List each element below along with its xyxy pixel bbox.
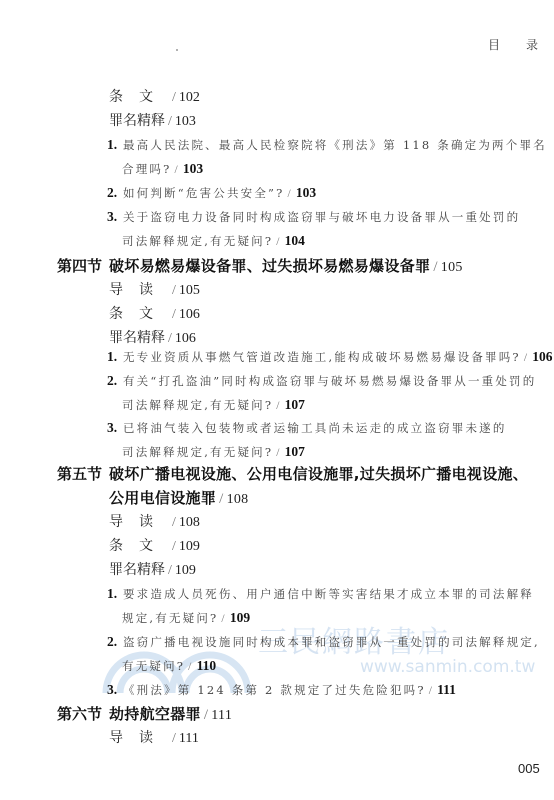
toc-question-continuation[interactable]: 司法解释规定,有无疑问?/107 [122, 395, 305, 415]
separator: / [426, 685, 437, 697]
separator: / [273, 400, 284, 412]
separator: / [165, 563, 175, 578]
item-number: 1. [107, 137, 117, 152]
page-ref: 111 [179, 731, 199, 746]
separator: / [201, 707, 211, 723]
toc-subentry[interactable]: 条文/102 [109, 87, 200, 107]
toc-question-continuation[interactable]: 有无疑问?/110 [122, 656, 216, 676]
running-head-char-2: 录 [526, 36, 538, 53]
item-text: 有关“打孔盗油”同时构成盗窃罪与破坏易燃易爆设备罪从一重处罚的 [123, 374, 536, 388]
page-ref: 109 [230, 610, 250, 625]
toc-question-continuation[interactable]: 合理吗?/103 [122, 159, 203, 179]
page-ref: 102 [179, 90, 200, 105]
separator: / [169, 731, 179, 746]
item-text: 合理吗? [122, 162, 171, 176]
toc-question-item[interactable]: 3. 《刑法》第 124 条第 2 款规定了过失危险犯吗?/111 [107, 680, 456, 700]
entry-label: 条文 [109, 89, 169, 105]
page-ref: 108 [227, 492, 249, 507]
toc-question-item[interactable]: 3. 关于盗窃电力设备同时构成盗窃罪与破坏电力设备罪从一重处罚的 [107, 207, 520, 227]
page-ref: 103 [296, 185, 316, 200]
section-title: 破坏易燃易爆设备罪、过失损坏易燃易爆设备罪 [109, 257, 430, 275]
page-ref: 106 [532, 349, 552, 364]
section-title: 破坏广播电视设施、公用电信设施罪,过失损坏广播电视设施、 [109, 465, 528, 483]
page-ref: 103 [175, 114, 196, 129]
page-ref: 106 [179, 307, 200, 322]
item-text: 要求造成人员死伤、用户通信中断等实害结果才成立本罪的司法解释 [123, 587, 534, 601]
entry-label: 导读 [109, 730, 169, 746]
item-number: 2. [107, 185, 117, 200]
page-ref: 104 [285, 233, 305, 248]
page-ref: 110 [197, 658, 217, 673]
toc-subentry[interactable]: 罪名精释/103 [109, 111, 196, 131]
item-text: 关于盗窃电力设备同时构成盗窃罪与破坏电力设备罪从一重处罚的 [123, 210, 520, 224]
item-number: 1. [107, 586, 117, 601]
page-ref: 111 [211, 708, 232, 723]
watermark-url: www.sanmin.com.tw [360, 657, 535, 677]
toc-section-entry[interactable]: 劫持航空器罪/111 [109, 704, 232, 724]
toc-question-item[interactable]: 1. 最高人民法院、最高人民检察院将《刑法》第 118 条确定为两个罪名 [107, 135, 547, 155]
item-number: 3. [107, 682, 117, 697]
separator: / [169, 539, 179, 554]
item-number: 3. [107, 420, 117, 435]
page-ref: 108 [179, 515, 200, 530]
item-text: 最高人民法院、最高人民检察院将《刑法》第 118 条确定为两个罪名 [123, 138, 547, 152]
toc-question-item[interactable]: 1. 要求造成人员死伤、用户通信中断等实害结果才成立本罪的司法解释 [107, 584, 534, 604]
toc-question-item[interactable]: 2. 如何判断“危害公共安全”?/103 [107, 183, 316, 203]
separator: / [165, 114, 175, 129]
separator: / [169, 90, 179, 105]
separator: / [218, 613, 229, 625]
toc-question-item[interactable]: 1. 无专业资质从事燃气管道改造施工,能构成破坏易燃易爆设备罪吗?/106 [107, 347, 552, 367]
item-text: 《刑法》第 124 条第 2 款规定了过失危险犯吗? [123, 683, 426, 697]
item-text: 盗窃广播电视设施同时构成本罪和盗窃罪从一重处罚的司法解释规定, [123, 635, 540, 649]
scan-speck [176, 49, 178, 51]
toc-question-item[interactable]: 2. 有关“打孔盗油”同时构成盗窃罪与破坏易燃易爆设备罪从一重处罚的 [107, 371, 536, 391]
entry-label: 导读 [109, 514, 169, 530]
entry-label: 罪名精释 [109, 562, 165, 578]
page-ref: 109 [179, 539, 200, 554]
separator: / [216, 491, 226, 507]
item-text: 规定,有无疑问? [122, 611, 218, 625]
separator: / [169, 307, 179, 322]
toc-subentry[interactable]: 导读/105 [109, 280, 200, 300]
page-ref: 107 [285, 397, 305, 412]
section-title: 劫持航空器罪 [109, 705, 201, 723]
toc-subentry[interactable]: 罪名精释/106 [109, 328, 196, 348]
toc-page: 目录 三民網路書店 www.sanmin.com.tw 条文/102罪名精释/1… [0, 0, 554, 800]
section-title: 公用电信设施罪 [109, 489, 216, 507]
page-ref: 106 [175, 331, 196, 346]
entry-label: 条文 [109, 538, 169, 554]
entry-label: 导读 [109, 282, 169, 298]
toc-subentry[interactable]: 导读/111 [109, 728, 199, 748]
page-ref: 109 [175, 563, 196, 578]
page-ref: 103 [183, 161, 203, 176]
separator: / [273, 447, 284, 459]
item-number: 3. [107, 209, 117, 224]
page-number: 005 [518, 761, 540, 776]
separator: / [169, 283, 179, 298]
item-text: 已将油气装入包装物或者运输工具尚未运走的成立盗窃罪未遂的 [123, 421, 507, 435]
separator: / [171, 164, 182, 176]
entry-label: 条文 [109, 306, 169, 322]
toc-question-item[interactable]: 2. 盗窃广播电视设施同时构成本罪和盗窃罪从一重处罚的司法解释规定, [107, 632, 540, 652]
item-number: 1. [107, 349, 117, 364]
separator: / [430, 259, 440, 275]
toc-subentry[interactable]: 导读/108 [109, 512, 200, 532]
page-ref: 107 [285, 444, 305, 459]
running-head: 目录 [488, 36, 538, 53]
item-text: 如何判断“危害公共安全”? [123, 186, 285, 200]
entry-label: 罪名精释 [109, 330, 165, 346]
entry-label: 罪名精释 [109, 113, 165, 129]
toc-question-continuation[interactable]: 司法解释规定,有无疑问?/104 [122, 231, 305, 251]
separator: / [285, 188, 296, 200]
item-text: 有无疑问? [122, 659, 185, 673]
toc-question-continuation[interactable]: 规定,有无疑问?/109 [122, 608, 250, 628]
toc-section-entry[interactable]: 破坏易燃易爆设备罪、过失损坏易燃易爆设备罪/105 [109, 256, 463, 276]
item-text: 司法解释规定,有无疑问? [122, 234, 273, 248]
section-label: 第四节 [57, 256, 102, 276]
page-ref: 105 [179, 283, 200, 298]
separator: / [165, 331, 175, 346]
item-text: 司法解释规定,有无疑问? [122, 398, 273, 412]
separator: / [169, 515, 179, 530]
separator: / [185, 661, 196, 673]
toc-section-entry[interactable]: 破坏广播电视设施、公用电信设施罪,过失损坏广播电视设施、 [109, 464, 528, 484]
toc-subentry[interactable]: 罪名精释/109 [109, 560, 196, 580]
item-number: 2. [107, 373, 117, 388]
item-text: 司法解释规定,有无疑问? [122, 445, 273, 459]
toc-section-entry-continuation[interactable]: 公用电信设施罪/108 [109, 488, 248, 508]
toc-question-continuation[interactable]: 司法解释规定,有无疑问?/107 [122, 442, 305, 462]
toc-subentry[interactable]: 条文/106 [109, 304, 200, 324]
separator: / [521, 352, 532, 364]
toc-question-item[interactable]: 3. 已将油气装入包装物或者运输工具尚未运走的成立盗窃罪未遂的 [107, 418, 507, 438]
toc-subentry[interactable]: 条文/109 [109, 536, 200, 556]
section-label: 第五节 [57, 464, 102, 484]
page-ref: 111 [437, 682, 456, 697]
item-number: 2. [107, 634, 117, 649]
separator: / [273, 236, 284, 248]
section-label: 第六节 [57, 704, 102, 724]
running-head-char-1: 目 [488, 36, 500, 53]
item-text: 无专业资质从事燃气管道改造施工,能构成破坏易燃易爆设备罪吗? [123, 350, 521, 364]
page-ref: 105 [441, 260, 463, 275]
